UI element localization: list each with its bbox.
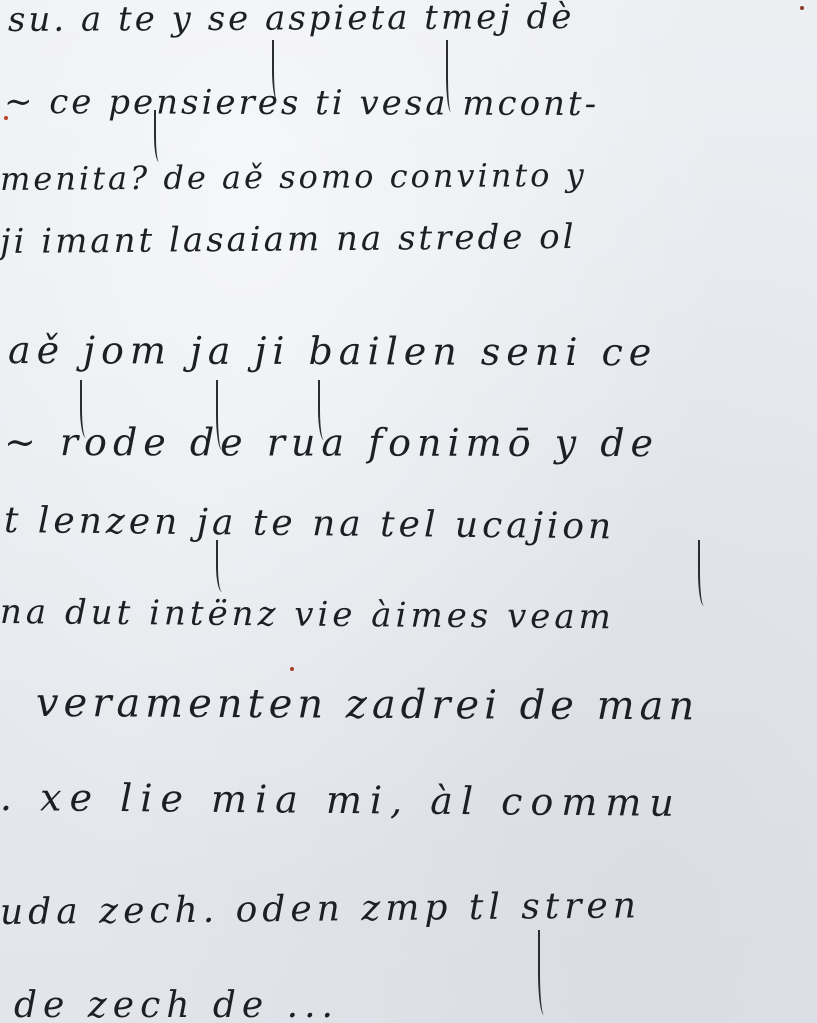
handwriting-line-1: su. a te y se aspieta tmej dè: [8, 0, 575, 40]
ink-descender-stroke: [216, 380, 228, 450]
ink-descender-stroke: [698, 540, 710, 606]
ink-descender-stroke: [216, 540, 228, 592]
handwriting-line-6: ~ rode de rua fonimō y de: [4, 420, 659, 465]
paper-speck: [4, 116, 8, 120]
paper-speck: [800, 6, 804, 10]
handwritten-page: su. a te y se aspieta tmej dè ~ ce pensi…: [0, 0, 817, 1023]
handwriting-line-11: uda zech. oden zmp tl stren: [0, 885, 641, 933]
handwriting-line-2: ~ ce pensieres ti vesa mcont-: [4, 82, 599, 124]
handwriting-line-7: t lenzen ja te na tel ucajion: [4, 500, 616, 547]
handwriting-line-10: . xe lie mia mi, àl commu: [0, 775, 682, 825]
handwriting-line-9: veramenten zadrei de man: [36, 680, 699, 729]
handwriting-line-4: ji imant lasaiam na strede ol: [0, 217, 577, 262]
ink-descender-stroke: [446, 40, 456, 112]
ink-descender-stroke: [154, 110, 164, 162]
handwriting-line-5: aě jom ja ji bailen seni ce: [8, 328, 657, 374]
ink-descender-stroke: [272, 40, 282, 100]
ink-descender-stroke: [318, 380, 330, 440]
paper-speck: [290, 667, 294, 671]
handwriting-line-12: de zech de ...: [14, 985, 339, 1023]
ink-descender-stroke: [538, 930, 550, 1015]
ink-descender-stroke: [80, 380, 92, 438]
handwriting-line-3: menita? de aě somo convinto y: [0, 156, 587, 198]
handwriting-line-8: na dut intënz vie àimes veam: [0, 592, 615, 637]
